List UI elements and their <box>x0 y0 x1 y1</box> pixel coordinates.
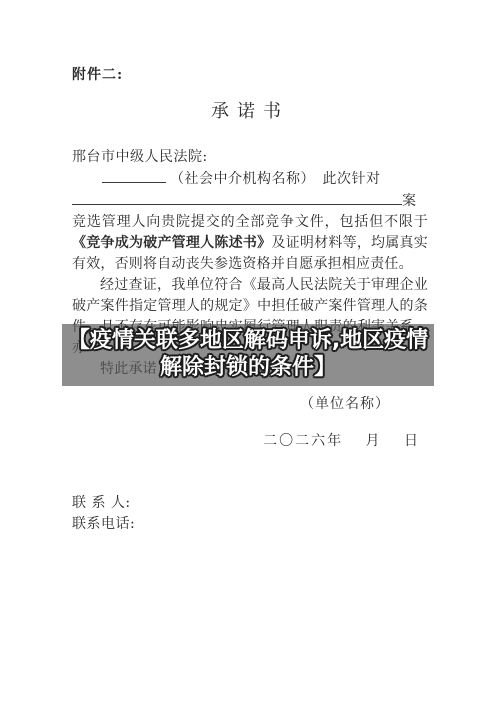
bold-book-title: 《竞争成为破产管理人陈述书》 <box>72 235 271 251</box>
contact-block: 联 系 人: 联系电话: <box>72 493 428 535</box>
paragraph-line: 经过查证，我单位符合《最高人民法院关于审理企业 <box>72 275 428 296</box>
case-suffix: 案 <box>402 193 417 209</box>
org-name-line: （社会中介机构名称） 此次针对 <box>72 168 428 190</box>
document-body: 附件二: 承诺书 邢台市中级人民法院: （社会中介机构名称） 此次针对 案 竞选… <box>0 0 500 535</box>
org-name-blank-underline <box>102 168 166 183</box>
case-blank-underline <box>72 190 402 205</box>
recipient-line: 邢台市中级人民法院: <box>72 146 428 168</box>
contact-person-label: 联 系 人: <box>72 493 428 514</box>
date-line: 二〇二六年 月 日 <box>72 431 428 451</box>
document-title: 承诺书 <box>211 101 289 122</box>
watermark-caption-line2: 解除封锁的条件】 <box>62 354 434 381</box>
paragraph-line: 破产案件指定管理人的规定》中担任破产案件管理人的条 <box>72 296 428 317</box>
org-name-note: （社会中介机构名称） 此次针对 <box>170 171 381 187</box>
case-line: 案 <box>72 190 428 212</box>
paragraph-line: 《竞争成为破产管理人陈述书》及证明材料等，均属真实 <box>72 233 428 254</box>
paragraph-line: 有效，否则将自动丧失参选资格并自愿承担相应责任。 <box>72 254 428 275</box>
unit-name-placeholder: （单位名称） <box>72 394 428 414</box>
contact-phone-label: 联系电话: <box>72 514 428 535</box>
document-page: 附件二: 承诺书 邢台市中级人民法院: （社会中介机构名称） 此次针对 案 竞选… <box>0 0 500 706</box>
title-row: 承诺书 <box>72 100 428 124</box>
paragraph-line-rest: 及证明材料等，均属真实 <box>271 235 428 251</box>
paragraph-line: 竞选管理人向贵院提交的全部竞争文件，包括但不限于 <box>72 212 428 233</box>
watermark-caption-line1: 【疫情关联多地区解码申诉,地区疫情 <box>62 327 434 354</box>
watermark-caption-overlay: 【疫情关联多地区解码申诉,地区疫情 解除封锁的条件】 <box>62 324 434 386</box>
attachment-label: 附件二: <box>72 66 428 84</box>
salutation-block: 邢台市中级人民法院: （社会中介机构名称） 此次针对 案 <box>72 146 428 212</box>
